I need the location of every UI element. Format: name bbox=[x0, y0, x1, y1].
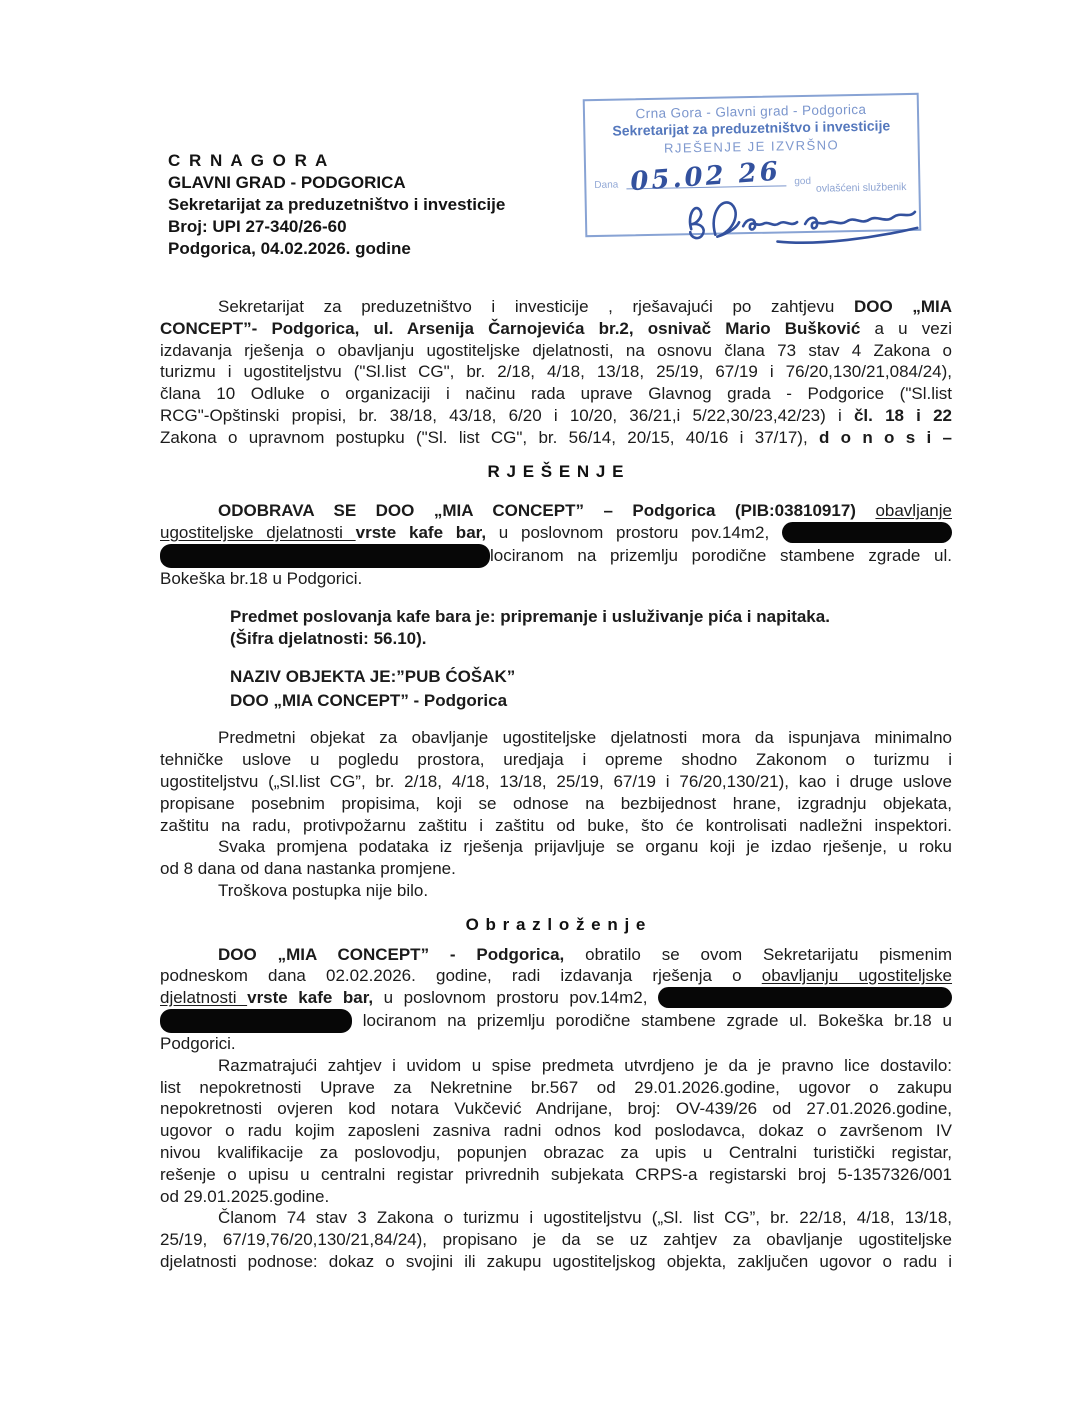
text-line: Predmetni objekat za obavljanje ugostite… bbox=[160, 727, 952, 749]
uslovi-paragraph: Predmetni objekat za obavljanje ugostite… bbox=[160, 727, 952, 836]
text-segment: u poslovnom prostoru pov.14m2, bbox=[486, 523, 769, 542]
odobrava-paragraph: ODOBRAVA SE DOO „MIA CONCEPT” – Podgoric… bbox=[160, 500, 952, 589]
text-line: Zakona o upravnom postupku ("Sl. list CG… bbox=[160, 427, 952, 449]
text-segment-underlined: obavljanje bbox=[875, 501, 952, 520]
clanom-paragraph: Članom 74 stav 3 Zakona o turizmu i ugos… bbox=[160, 1207, 952, 1272]
text-line: DOO „MIA CONCEPT” - Podgorica, obratilo … bbox=[160, 944, 952, 966]
text-line: turizmu i ugostiteljstvu ("Sl.list CG", … bbox=[160, 361, 952, 383]
text-segment-underlined: obavljanju ugostiteljske bbox=[762, 966, 952, 985]
text-segment-bold: vrste kafe bar, bbox=[247, 988, 373, 1007]
text-line: tehničke uslove u pogledu prostora, ured… bbox=[160, 749, 952, 771]
text-segment-bold: d o n o s i – bbox=[819, 428, 952, 447]
text-line: Razmatrajući zahtjev i uvidom u spise pr… bbox=[160, 1055, 952, 1077]
text-segment: obratilo se ovom Sekretarijatu pismenim bbox=[564, 945, 952, 964]
document-body: Sekretarijat za preduzetništvo i investi… bbox=[160, 0, 952, 1273]
spisi-paragraph: Razmatrajući zahtjev i uvidom u spise pr… bbox=[160, 1055, 952, 1208]
promjena-paragraph: Svaka promjena podataka iz rješenja prij… bbox=[160, 836, 952, 880]
text-line: Sekretarijat za preduzetništvo i investi… bbox=[160, 296, 952, 318]
text-segment-bold: ODOBRAVA SE DOO „MIA CONCEPT” – Podgoric… bbox=[218, 501, 875, 520]
text-line: izdavanja rješenja o obavljanju ugostite… bbox=[160, 340, 952, 362]
text-line: člana 10 Odluke o organizaciji i načinu … bbox=[160, 383, 952, 405]
text-line: lociranom na prizemlju porodične stamben… bbox=[160, 1009, 952, 1033]
rjesenje-heading: R J E Š E N J E bbox=[160, 461, 952, 483]
redaction-bar bbox=[782, 522, 952, 543]
text-segment-bold: čl. 18 i 22 bbox=[854, 406, 952, 425]
text-line: RCG"-Opštinski propisi, br. 38/18, 43/18… bbox=[160, 405, 952, 427]
text-line: ODOBRAVA SE DOO „MIA CONCEPT” – Podgoric… bbox=[160, 500, 952, 522]
text-line: list nepokretnosti Uprave za Nekretnine … bbox=[160, 1077, 952, 1099]
redaction-bar bbox=[658, 987, 952, 1008]
redaction-bar bbox=[160, 544, 490, 568]
text-line: rešenje o upisu u centralni registar pri… bbox=[160, 1164, 952, 1186]
scanned-decision-document: C R N A G O R A GLAVNI GRAD - PODGORICA … bbox=[0, 0, 1088, 1408]
company-name-line: DOO „MIA CONCEPT” - Podgorica bbox=[230, 689, 952, 713]
text-line: Bokeška br.18 u Podgorici. bbox=[160, 568, 952, 590]
text-segment: lociranom na prizemlju porodične stamben… bbox=[490, 546, 952, 565]
text-line: Svaka promjena podataka iz rješenja prij… bbox=[160, 836, 952, 858]
text-segment-bold: DOO „MIA bbox=[854, 297, 952, 316]
text-line: Predmet poslovanja kafe bara je: priprem… bbox=[230, 606, 952, 628]
text-segment: RCG"-Opštinski propisi, br. 38/18, 43/18… bbox=[160, 406, 854, 425]
text-line: CONCEPT”- Podgorica, ul. Arsenija Čarnoj… bbox=[160, 318, 952, 340]
text-line: Podgorici. bbox=[160, 1033, 952, 1055]
text-segment-bold: DOO „MIA CONCEPT” - Podgorica, bbox=[218, 945, 564, 964]
redaction-bar bbox=[160, 1009, 352, 1033]
text-segment: a u vezi bbox=[860, 319, 952, 338]
text-segment: podneskom dana 02.02.2026. godine, radi … bbox=[160, 966, 762, 985]
text-line: (Šifra djelatnosti: 56.10). bbox=[230, 628, 952, 650]
text-line: ugovor o radu kojim zaposleni zasniva ra… bbox=[160, 1120, 952, 1142]
text-segment-bold: vrste kafe bar, bbox=[356, 523, 486, 542]
text-segment-bold: CONCEPT”- Podgorica, ul. Arsenija Čarnoj… bbox=[160, 319, 860, 338]
obrazlozenje-paragraph: DOO „MIA CONCEPT” - Podgorica, obratilo … bbox=[160, 944, 952, 1055]
troskovi-line: Troškova postupka nije bilo. bbox=[160, 880, 952, 902]
text-line: djelatnosti vrste kafe bar, u poslovnom … bbox=[160, 987, 952, 1009]
text-line: ugostiteljske djelatnosti vrste kafe bar… bbox=[160, 522, 952, 544]
text-line: podneskom dana 02.02.2026. godine, radi … bbox=[160, 965, 952, 987]
object-name-line: NAZIV OBJEKTA JE:”PUB ĆOŠAK” bbox=[230, 665, 952, 689]
text-line: zaštitu na radu, protivpožarnu zaštitu i… bbox=[160, 815, 952, 837]
text-line: nepokretnosti ovjeren kod notara Vukčevi… bbox=[160, 1098, 952, 1120]
text-line: nivou kvalifikacije za poslovodju, popun… bbox=[160, 1142, 952, 1164]
text-line: Članom 74 stav 3 Zakona o turizmu i ugos… bbox=[160, 1207, 952, 1229]
text-segment: Sekretarijat za preduzetništvo i investi… bbox=[218, 297, 854, 316]
text-line: propisane posebnim propisima, koji se od… bbox=[160, 793, 952, 815]
intro-paragraph: Sekretarijat za preduzetništvo i investi… bbox=[160, 296, 952, 449]
text-line: 25/19, 67/19,76/20,130/21,84/24), propis… bbox=[160, 1229, 952, 1251]
text-segment: lociranom na prizemlju porodične stamben… bbox=[363, 1011, 952, 1030]
naziv-block: NAZIV OBJEKTA JE:”PUB ĆOŠAK” DOO „MIA CO… bbox=[230, 665, 952, 713]
text-line: od 8 dana od dana nastanka promjene. bbox=[160, 858, 952, 880]
predmet-block: Predmet poslovanja kafe bara je: priprem… bbox=[230, 606, 952, 650]
text-segment: Zakona o upravnom postupku ("Sl. list CG… bbox=[160, 428, 819, 447]
text-line: ugostiteljstvu („Sl.list CG”, br. 2/18, … bbox=[160, 771, 952, 793]
text-line: djelatnosti podnose: dokaz o svojini ili… bbox=[160, 1251, 952, 1273]
text-segment: u poslovnom prostoru pov.14m2, bbox=[373, 988, 647, 1007]
obrazlozenje-heading: O b r a z l o ž e n j e bbox=[160, 914, 952, 936]
text-line: lociranom na prizemlju porodične stamben… bbox=[160, 544, 952, 568]
text-line: od 29.01.2025.godine. bbox=[160, 1186, 952, 1208]
text-segment-underlined: ugostiteljske djelatnosti bbox=[160, 523, 356, 542]
text-segment-underlined: djelatnosti bbox=[160, 988, 247, 1007]
